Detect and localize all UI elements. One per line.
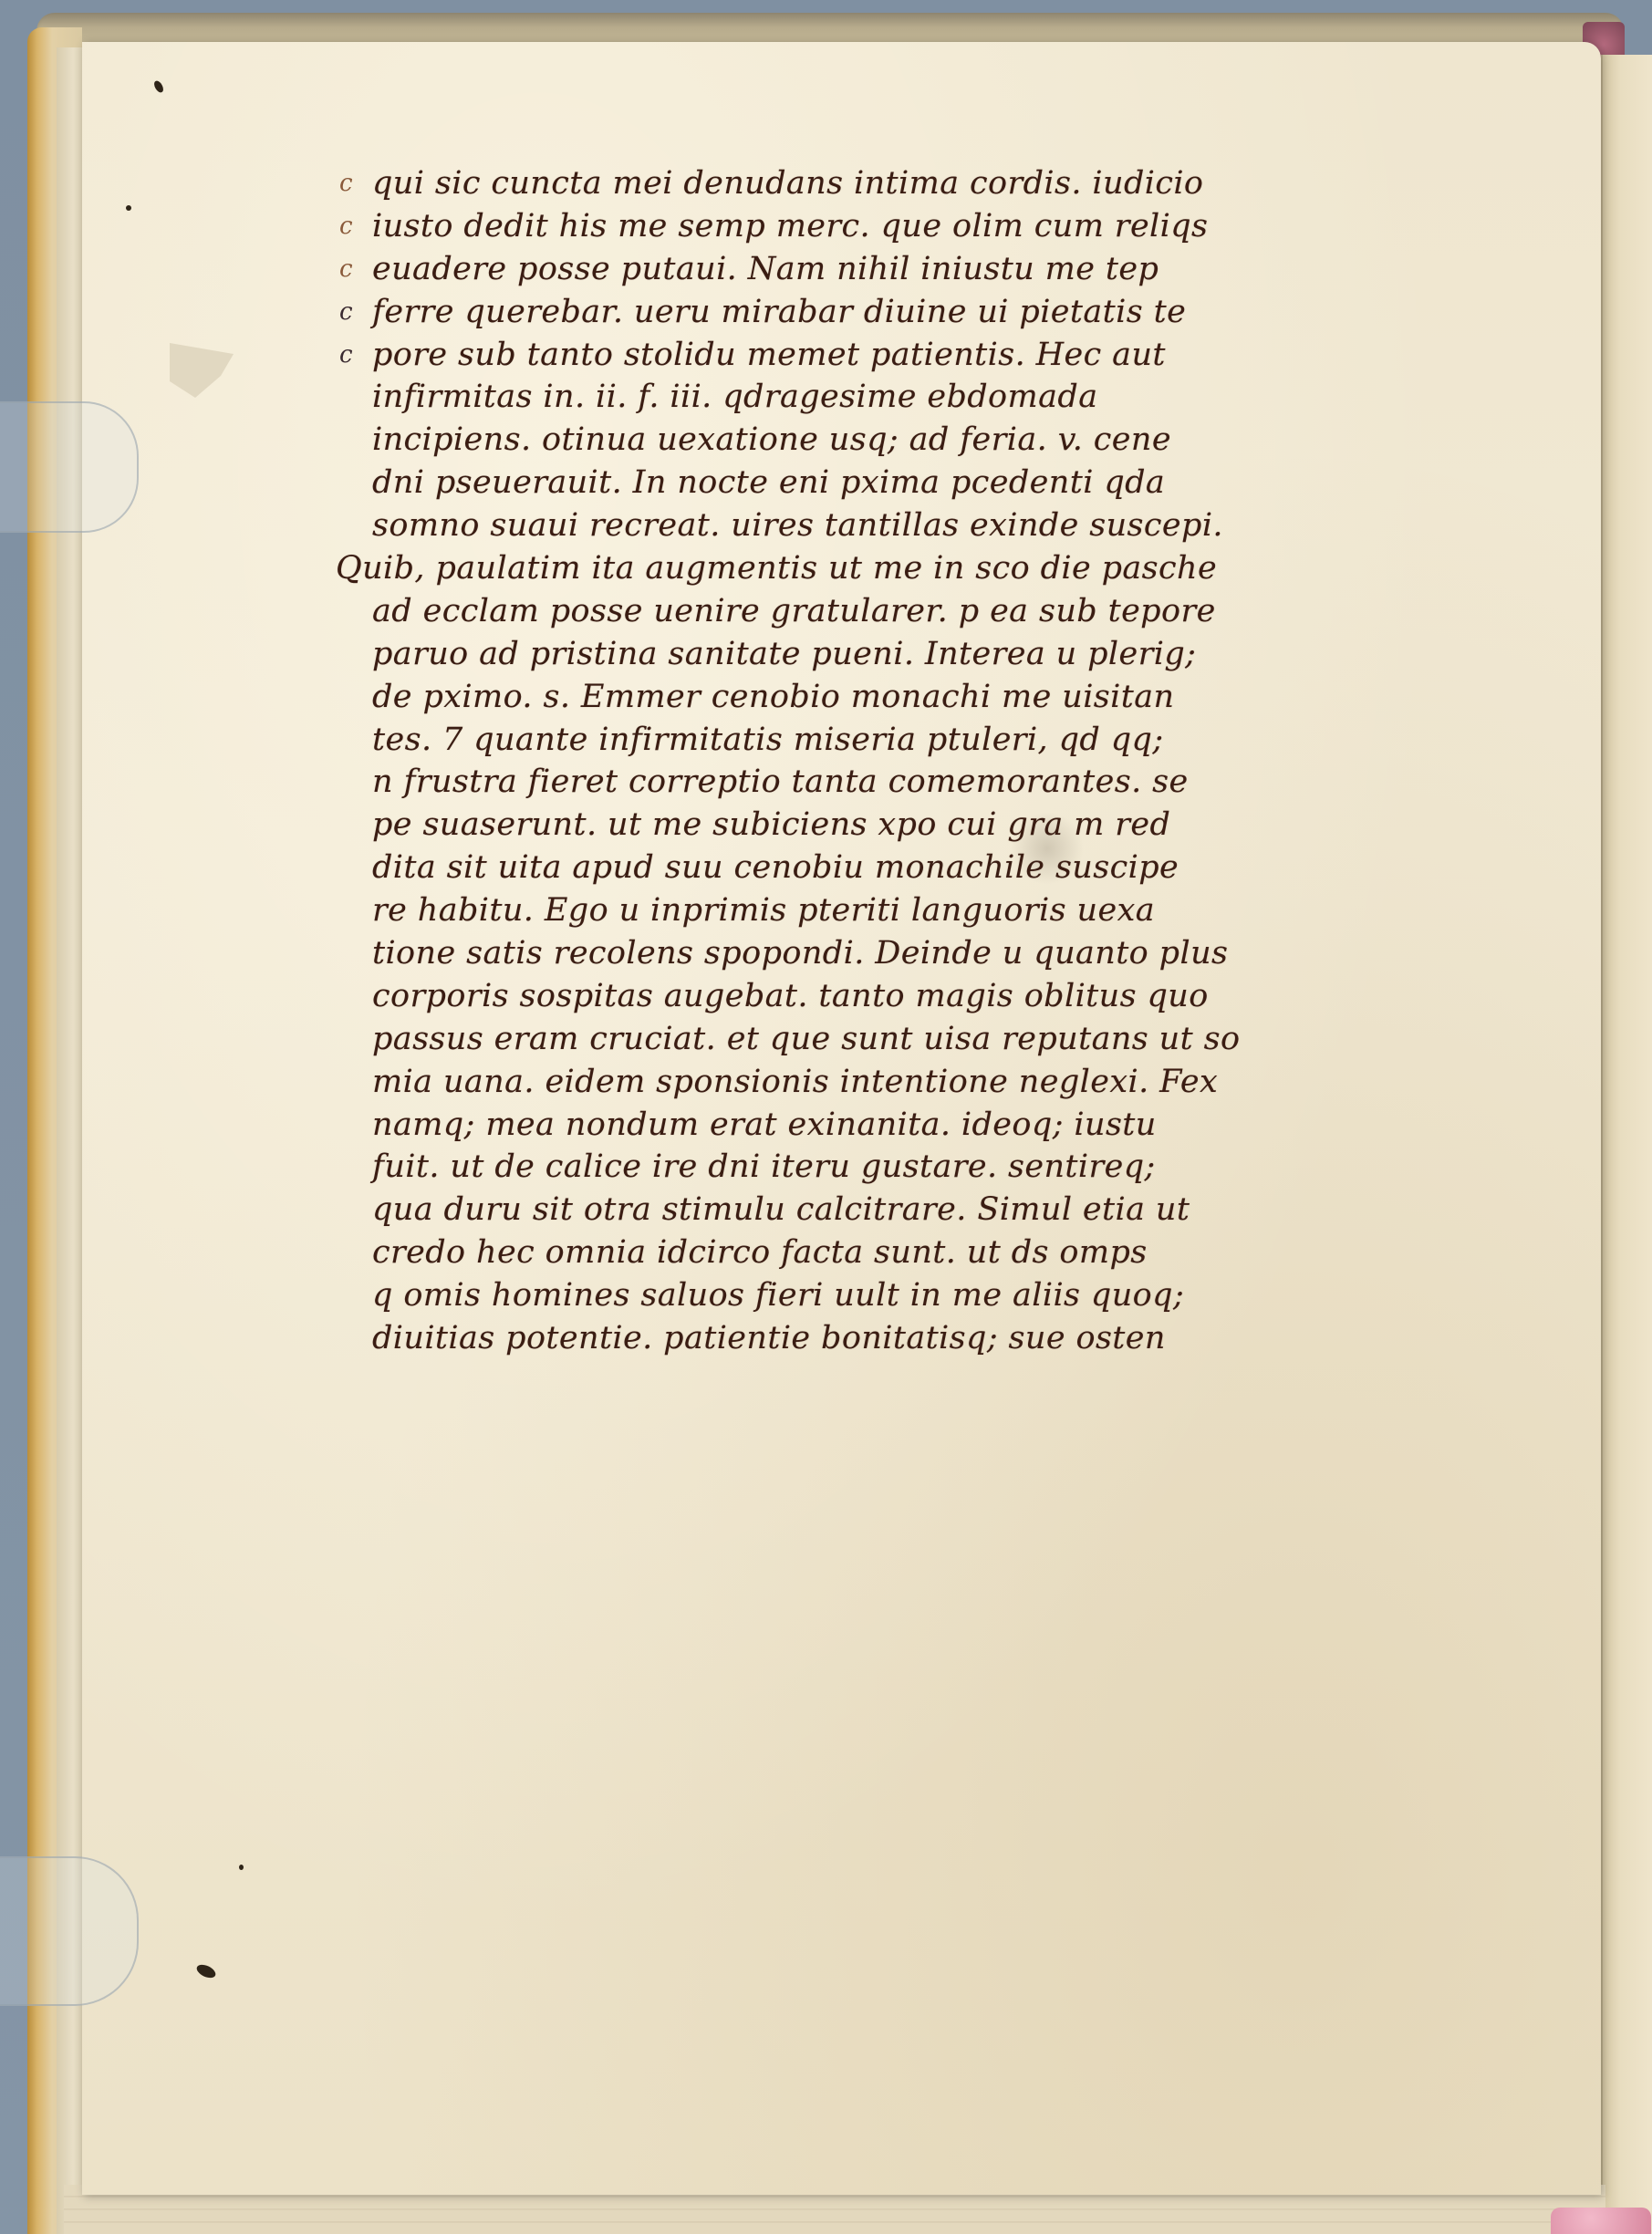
margin-mark: c [339, 291, 353, 334]
text-line: tes. 7 quante infirmitatis miseria ptule… [372, 719, 1403, 762]
text-line: incipiens. otinua uexatione usq; ad feri… [372, 419, 1403, 462]
text-line: fuit. ut de calice ire dni iteru gustare… [372, 1146, 1403, 1189]
text-line: dita sit uita apud suu cenobiu monachile… [372, 847, 1403, 889]
page-clip-bottom [0, 1856, 139, 2006]
text-line: q omis homines saluos fieri uult in me a… [372, 1274, 1403, 1317]
text-line: qui sic cuncta mei denudans intima cordi… [372, 162, 1403, 205]
text-line: tione satis recolens spopondi. Deinde u … [372, 932, 1403, 975]
text-line: re habitu. Ego u inprimis pteriti languo… [372, 889, 1403, 932]
text-line: mia uana. eidem sponsionis intentione ne… [372, 1061, 1403, 1104]
text-line: euadere posse putaui. Nam nihil iniustu … [372, 248, 1403, 291]
ink-speck [239, 1865, 244, 1870]
text-line: pore sub tanto stolidu memet patientis. … [372, 334, 1403, 377]
text-line: passus eram cruciat. et que sunt uisa re… [372, 1018, 1403, 1061]
text-line: iusto dedit his me semp merc. que olim c… [372, 205, 1403, 248]
text-line: qua duru sit otra stimulu calcitrare. Si… [372, 1189, 1403, 1231]
text-line-paragraph-start: Quib, paulatim ita augmentis ut me in sc… [336, 547, 1403, 590]
margin-mark: c [339, 248, 353, 291]
text-line: infirmitas in. ii. f. iii. qdragesime eb… [372, 376, 1403, 419]
page-clip-top [0, 401, 139, 533]
text-line: diuitias potentie. patientie bonitatisq;… [372, 1317, 1403, 1360]
margin-mark: c [339, 334, 353, 377]
margin-annotations: c c c c c [339, 162, 353, 376]
text-line: credo hec omnia idcirco facta sunt. ut d… [372, 1231, 1403, 1274]
facing-page-edge [1601, 55, 1652, 2234]
text-line: corporis sospitas augebat. tanto magis o… [372, 975, 1403, 1018]
bookmark-tab-bottom [1551, 2208, 1651, 2234]
parchment-tear [170, 343, 234, 398]
manuscript-text: qui sic cuncta mei denudans intima cordi… [372, 162, 1403, 1360]
ink-speck [126, 205, 131, 211]
text-line: de pximo. s. Emmer cenobio monachi me ui… [372, 676, 1403, 719]
margin-mark: c [339, 162, 353, 205]
margin-mark: c [339, 205, 353, 248]
text-line: ferre querebar. ueru mirabar diuine ui p… [372, 291, 1403, 334]
text-line: pe suaserunt. ut me subiciens xpo cui gr… [372, 804, 1403, 847]
text-line: ad ecclam posse uenire gratularer. p ea … [372, 590, 1403, 633]
text-line: n frustra fieret correptio tanta comemor… [372, 761, 1403, 804]
text-line: somno suaui recreat. uires tantillas exi… [372, 504, 1403, 547]
text-line: dni pseuerauit. In nocte eni pxima pcede… [372, 462, 1403, 504]
text-line: paruo ad pristina sanitate pueni. Intere… [372, 633, 1403, 676]
text-line: namq; mea nondum erat exinanita. ideoq; … [372, 1104, 1403, 1147]
